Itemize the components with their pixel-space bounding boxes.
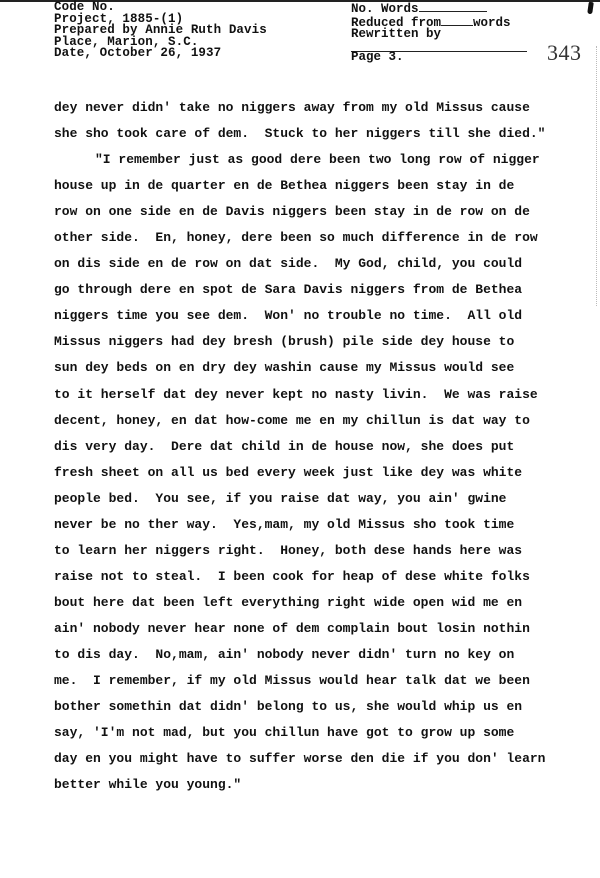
body-text-line: people bed. You see, if you raise dat wa… [54, 486, 594, 512]
ink-blot-mark [587, 2, 594, 15]
body-text-line: day en you might have to suffer worse de… [54, 746, 594, 772]
body-text-line: better while you young." [54, 772, 594, 798]
reduced-from-blank [441, 16, 473, 26]
body-text-line: dey never didn' take no niggers away fro… [54, 95, 594, 121]
body-text-line: to learn her niggers right. Honey, both … [54, 538, 594, 564]
body-text-line: Missus niggers had dey bresh (brush) pil… [54, 329, 594, 355]
date-label: Date, October 26, 1937 [54, 48, 267, 60]
body-text-line: on dis side en de row on dat side. My Go… [54, 251, 594, 277]
body-text-line: raise not to steal. I been cook for heap… [54, 564, 594, 590]
page-label: Page 3. [351, 52, 527, 64]
body-text-line: "I remember just as good dere been two l… [54, 147, 594, 173]
reduced-words-label: words [473, 16, 511, 30]
document-header-right: No. Words Reduced fromwords Rewritten by… [351, 2, 527, 63]
page-number-stamp: 343 [547, 40, 582, 66]
document-header-left: Code No. Project, 1885-(1) Prepared by A… [54, 2, 267, 60]
scan-edge-speckles [596, 46, 598, 306]
number-of-words-field: No. Words [351, 2, 527, 16]
body-text-line: go through dere en spot de Sara Davis ni… [54, 277, 594, 303]
body-text-line: say, 'I'm not mad, but you chillun have … [54, 720, 594, 746]
body-text-line: she sho took care of dem. Stuck to her n… [54, 121, 594, 147]
body-text-line: bout here dat been left everything right… [54, 590, 594, 616]
rewritten-by-label: Rewritten by [351, 29, 527, 41]
narrative-body: dey never didn' take no niggers away fro… [54, 95, 594, 798]
body-text-line: sun dey beds on en dry dey washin cause … [54, 355, 594, 381]
number-of-words-label: No. Words [351, 2, 419, 16]
body-text-line: row on one side en de Davis niggers been… [54, 199, 594, 225]
body-text-line: ain' nobody never hear none of dem compl… [54, 616, 594, 642]
body-text-line: bother somethin dat didn' belong to us, … [54, 694, 594, 720]
body-text-line: me. I remember, if my old Missus would h… [54, 668, 594, 694]
number-of-words-blank [419, 2, 487, 12]
body-text-line: other side. En, honey, dere been so much… [54, 225, 594, 251]
body-text-line: decent, honey, en dat how-come me en my … [54, 408, 594, 434]
body-text-line: dis very day. Dere dat child in de house… [54, 434, 594, 460]
body-text-line: to dis day. No,mam, ain' nobody never di… [54, 642, 594, 668]
body-text-line: fresh sheet on all us bed every week jus… [54, 460, 594, 486]
body-text-line: niggers time you see dem. Won' no troubl… [54, 303, 594, 329]
body-text-line: to it herself dat dey never kept no nast… [54, 382, 594, 408]
body-text-line: never be no ther way. Yes,mam, my old Mi… [54, 512, 594, 538]
body-text-line: house up in de quarter en de Bethea nigg… [54, 173, 594, 199]
